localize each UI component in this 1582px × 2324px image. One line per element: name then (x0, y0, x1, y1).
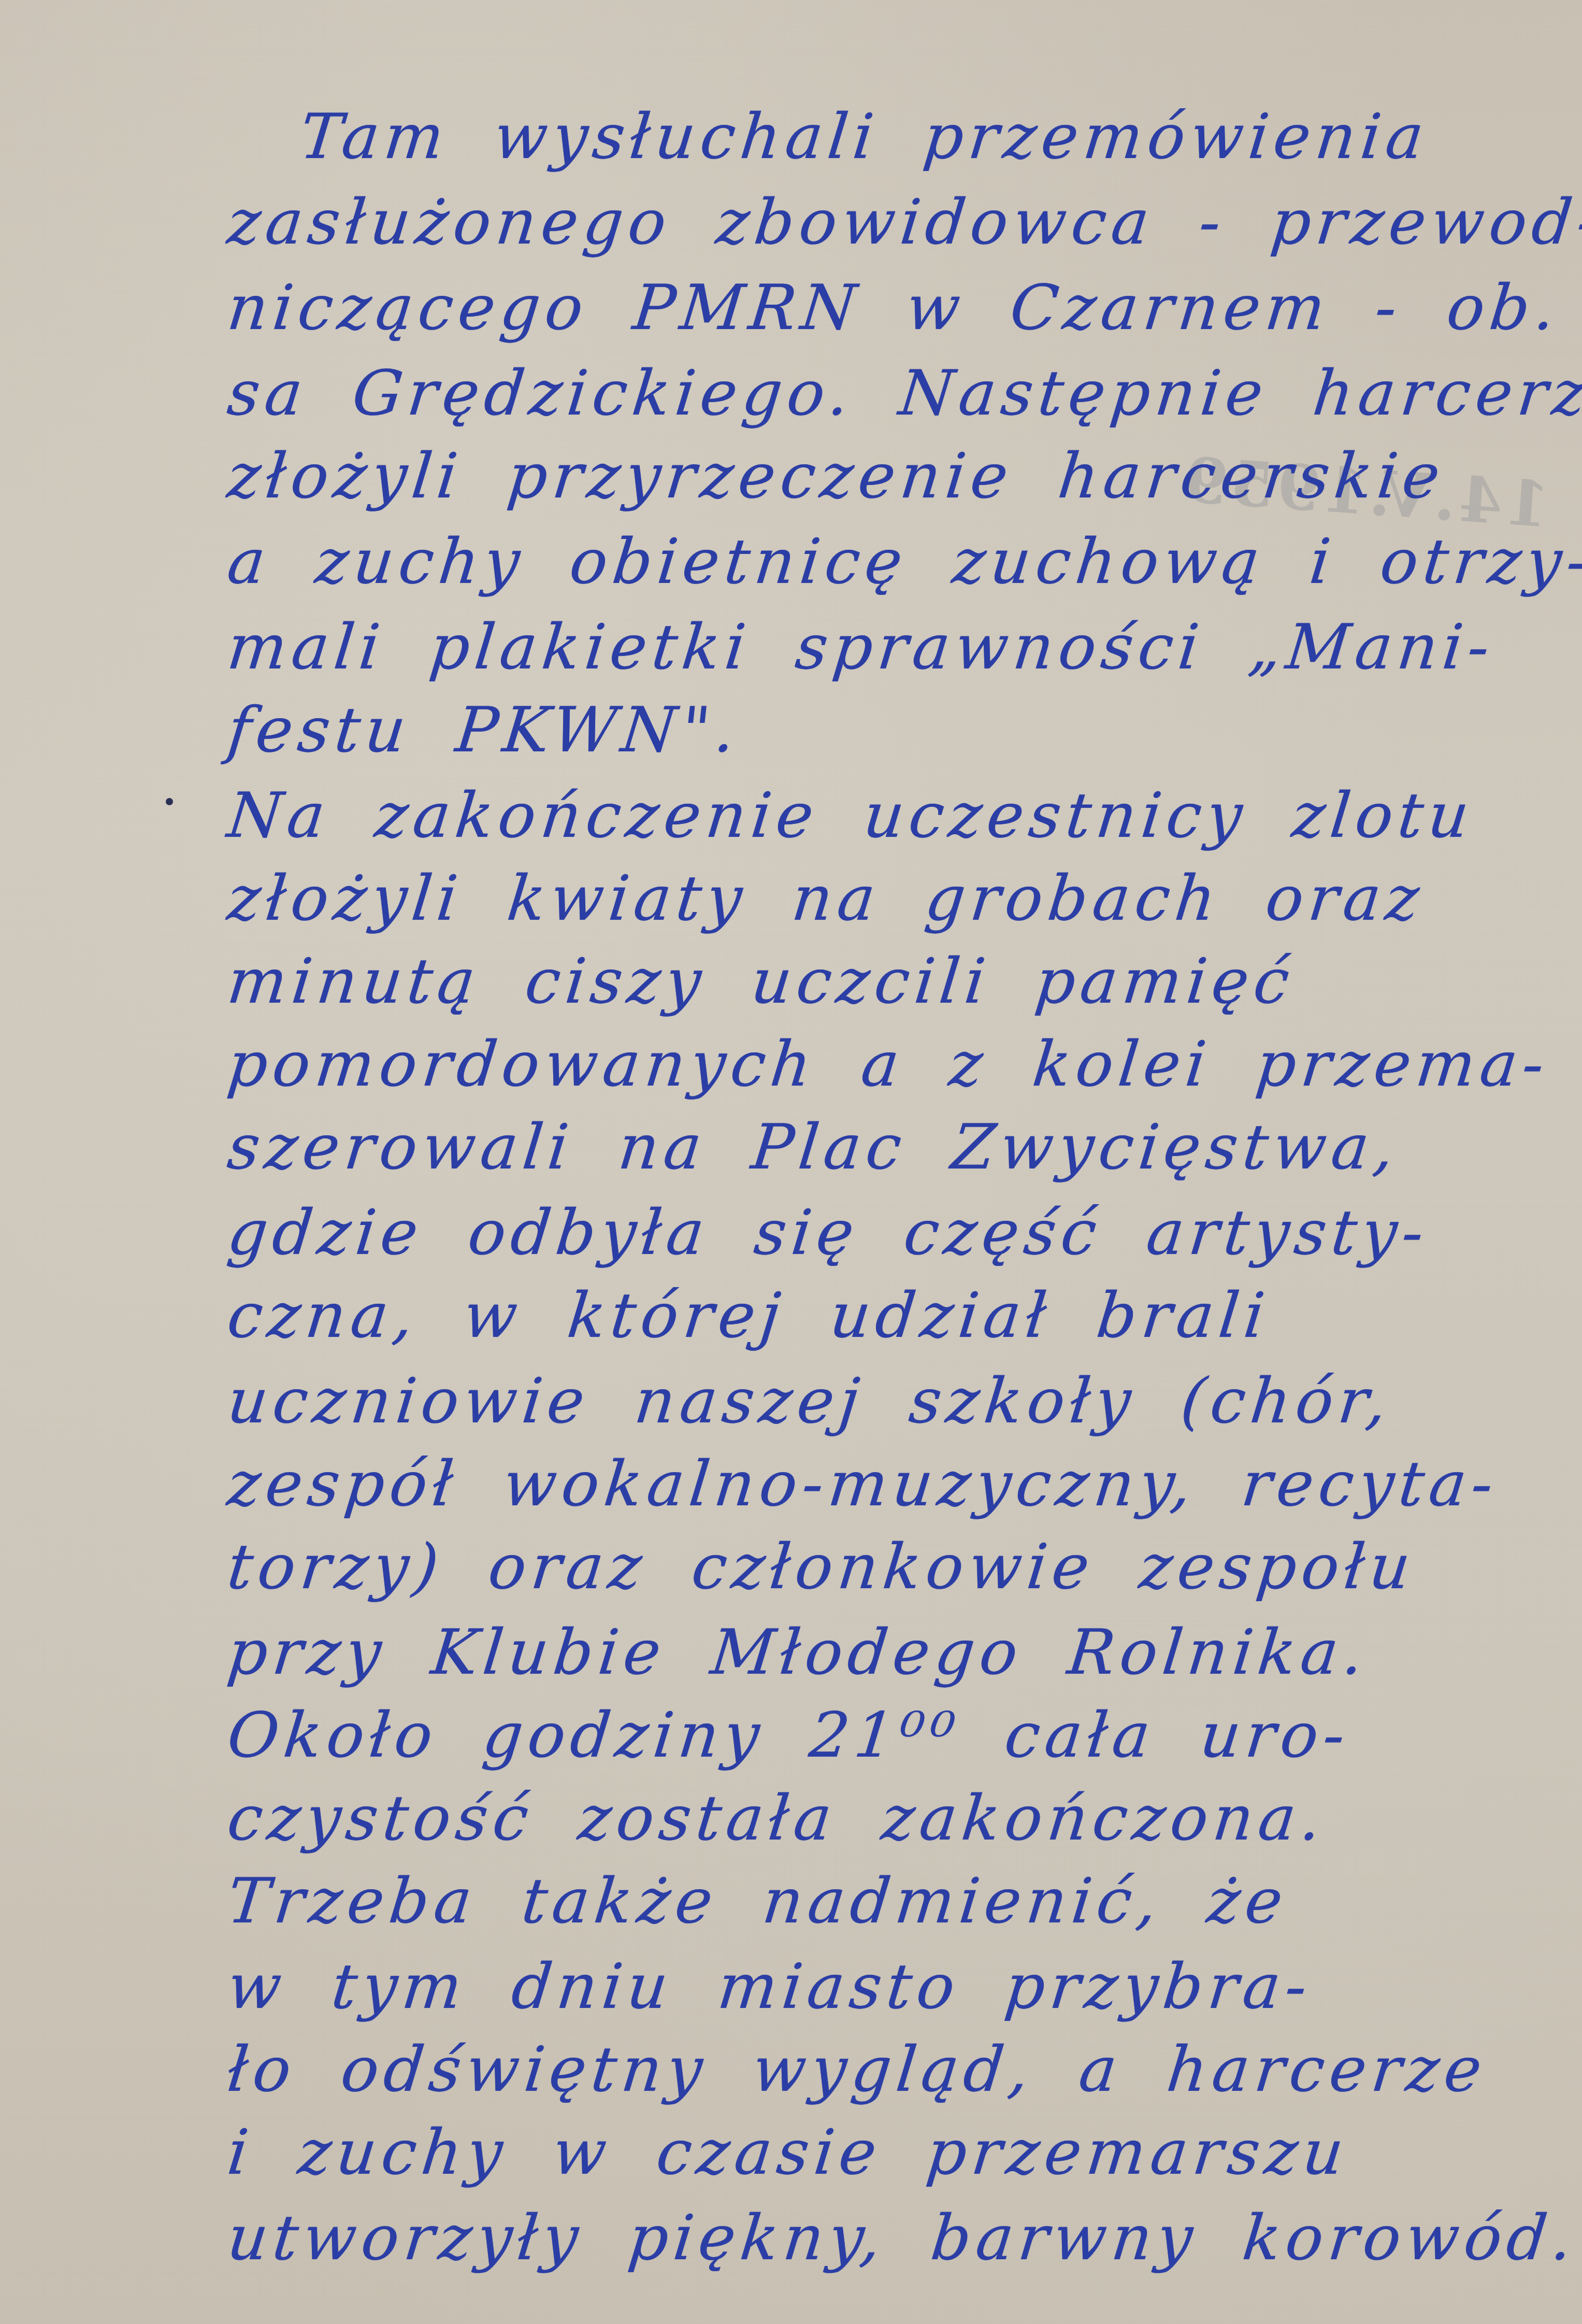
text-line: i zuchy w czasie przemarszu (225, 2122, 1351, 2184)
text-line: szerowali na Plac Zwycięstwa, (225, 1117, 1402, 1179)
text-line: a zuchy obietnicę zuchową i otrzy- (225, 531, 1582, 593)
text-line: Na zakończenie uczestnicy zlotu (225, 785, 1477, 847)
text-line: Tam wysłuchali przemówienia (297, 106, 1432, 168)
text-line: przy Klubie Młodego Rolnika. (225, 1622, 1372, 1684)
text-line: zespół wokalno-muzyczny, recyta- (225, 1453, 1501, 1516)
text-line: złożyli przyrzeczenie harcerskie (225, 446, 1448, 508)
text-line: Trzeba także nadmienić, że (225, 1871, 1291, 1933)
text-line: mali plakietki sprawności „Mani- (225, 617, 1498, 679)
text-line: zasłużonego zbowidowca - przewod- (225, 192, 1582, 254)
text-line: ło odświętny wygląd, a harcerze (225, 2039, 1490, 2101)
text-line: gdzie odbyła się część artysty- (225, 1202, 1432, 1264)
text-line: uczniowie naszej szkoły (chór, (225, 1371, 1395, 1433)
text-line: sa Grędzickiego. Następnie harcerze (225, 363, 1582, 425)
text-line: torzy) oraz członkowie zespołu (225, 1536, 1418, 1599)
text-line: niczącego PMRN w Czarnem - ob. Alfon- (225, 277, 1582, 339)
text-line: pomordowanych a z kolei przema- (225, 1034, 1552, 1096)
text-line: w tym dniu miasto przybra- (225, 1956, 1315, 2018)
text-line: czna, w której udział brali (225, 1285, 1273, 1347)
text-line: złożyli kwiaty na grobach oraz (225, 868, 1427, 930)
text-line: czystość została zakończona. (225, 1788, 1329, 1850)
text-line: festu PKWN". (225, 700, 743, 762)
ink-dot-mark (166, 798, 173, 805)
text-line: Około godziny 21⁰⁰ cała uro- (225, 1705, 1353, 1767)
text-line: utworzyły piękny, barwny korowód. (225, 2207, 1580, 2270)
text-line: minutą ciszy uczcili pamięć (225, 951, 1298, 1013)
paper-page: 14.V.1959 Tam wysłuchali przemówienia za… (0, 0, 1582, 2324)
